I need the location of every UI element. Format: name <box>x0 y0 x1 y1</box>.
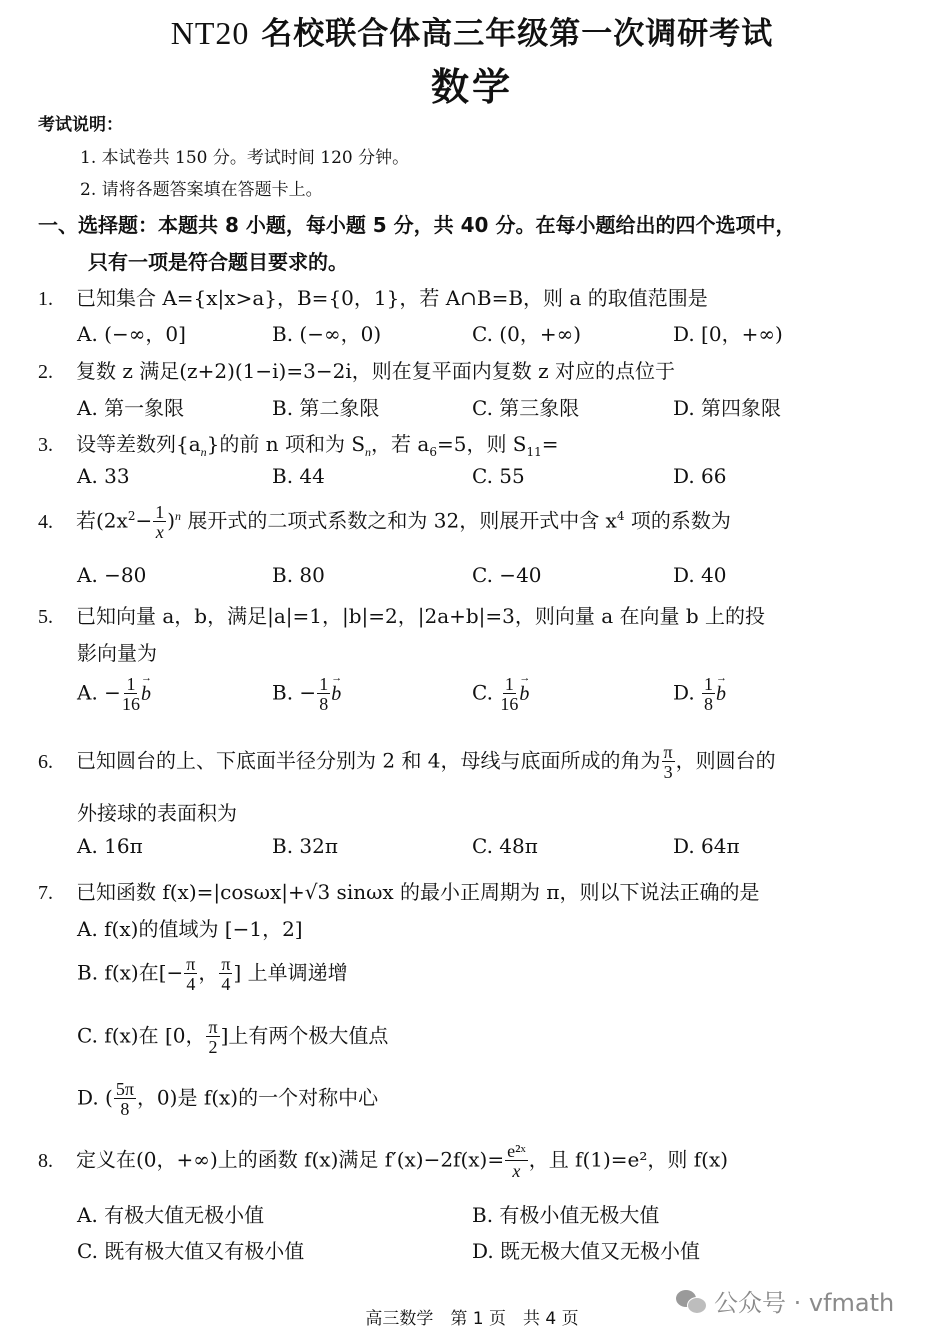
fraction: π2 <box>206 1018 219 1056</box>
option-text: B. f(x)在[− <box>77 961 183 985</box>
stem-part: ) <box>167 509 175 533</box>
question-stem-line2: 外接球的表面积为 <box>77 797 237 826</box>
exam-title-rest: 名校联合体高三年级第一次调研考试 <box>249 16 773 52</box>
note-item: 1. 本试卷共 150 分。考试时间 120 分钟。 <box>80 143 409 168</box>
option-a[interactable]: A. −116b <box>77 675 151 713</box>
question-number: 1. <box>38 288 76 311</box>
question-stem-line2: 影向量为 <box>77 637 157 666</box>
option-text: ， <box>198 961 218 985</box>
option-label: D. <box>673 681 695 705</box>
question-stem: 复数 z 满足(z+2)(1−i)=3−2i，则在复平面内复数 z 对应的点位于 <box>76 359 675 383</box>
stem-part: ，若 a <box>371 432 429 456</box>
numerator: 5π <box>114 1080 136 1099</box>
option-b[interactable]: B. 32π <box>272 834 338 858</box>
option-d[interactable]: D. [0，+∞) <box>673 318 783 347</box>
denominator: 16 <box>122 694 140 713</box>
question-number: 7. <box>38 882 76 905</box>
option-d[interactable]: D. 第四象限 <box>673 392 781 421</box>
question-stem: 已知集合 A={x|x>a}，B={0，1}，若 A∩B=B，则 a 的取值范围… <box>76 286 708 310</box>
option-d[interactable]: D. 既无极大值又无极小值 <box>472 1235 700 1264</box>
numerator: 1 <box>153 503 166 522</box>
option-label: C. <box>472 681 493 705</box>
question-6: 6.已知圆台的上、下底面半径分别为 2 和 4，母线与底面所成的角为π3，则圆台… <box>38 743 776 781</box>
question-stem: 已知函数 f(x)=|cosωx|+√3 sinωx 的最小正周期为 π，则以下… <box>76 880 760 904</box>
option-c[interactable]: C. 48π <box>472 834 538 858</box>
stem-part: 若(2x <box>76 509 128 533</box>
option-d[interactable]: D. 66 <box>673 464 727 488</box>
stem-part: 项的系数为 <box>624 509 730 533</box>
vector-b: b <box>519 683 529 706</box>
stem-part: − <box>135 509 152 533</box>
stem-part: =5，则 S <box>437 432 527 456</box>
sign: − <box>299 681 316 705</box>
question-5: 5.已知向量 a，b，满足|a|=1，|b|=2，|2a+b|=3，则向量 a … <box>38 600 765 629</box>
stem-part: 展开式的二项式系数之和为 32，则展开式中含 x <box>181 509 617 533</box>
numerator: 1 <box>503 675 516 694</box>
question-2: 2.复数 z 满足(z+2)(1−i)=3−2i，则在复平面内复数 z 对应的点… <box>38 355 675 384</box>
fraction: e²ˣx <box>505 1142 528 1180</box>
question-number: 4. <box>38 511 76 534</box>
exam-title: NT20 名校联合体高三年级第一次调研考试 <box>0 8 944 53</box>
option-a[interactable]: A. (−∞，0] <box>77 318 186 347</box>
option-text: ]上有两个极大值点 <box>221 1024 389 1048</box>
fraction: 5π8 <box>114 1080 136 1118</box>
numerator: 1 <box>317 675 330 694</box>
denominator: x <box>512 1161 520 1180</box>
option-b[interactable]: B. −18b <box>272 675 341 713</box>
option-d[interactable]: D. 18b <box>673 675 726 713</box>
option-b[interactable]: B. 有极小值无极大值 <box>472 1199 659 1228</box>
vector-b: b <box>141 683 151 706</box>
stem-part: 定义在(0，+∞)上的函数 f(x)满足 f′(x)−2f(x)= <box>76 1148 504 1172</box>
option-label: B. <box>272 681 293 705</box>
question-4: 4.若(2x2−1x)n 展开式的二项式系数之和为 32，则展开式中含 x4 项… <box>38 503 731 541</box>
fraction: 18 <box>317 675 330 713</box>
stem-part: ，则圆台的 <box>676 749 776 773</box>
question-3: 3.设等差数列{an}的前 n 项和为 Sn，若 a6=5，则 S11= <box>38 428 559 460</box>
numerator: π <box>184 955 197 974</box>
option-b[interactable]: B. 44 <box>272 464 325 488</box>
question-7: 7.已知函数 f(x)=|cosωx|+√3 sinωx 的最小正周期为 π，则… <box>38 876 760 905</box>
question-number: 3. <box>38 434 76 457</box>
subscript: 11 <box>527 445 542 459</box>
option-b[interactable]: B. 第二象限 <box>272 392 379 421</box>
question-number: 2. <box>38 361 76 384</box>
option-d[interactable]: D. 64π <box>673 834 740 858</box>
denominator: 16 <box>500 694 518 713</box>
question-number: 8. <box>38 1150 76 1173</box>
notes-heading: 考试说明： <box>38 110 123 135</box>
option-label: A. <box>77 681 98 705</box>
option-c[interactable]: C. 116b <box>472 675 529 713</box>
denominator: 8 <box>319 694 328 713</box>
numerator: 1 <box>702 675 715 694</box>
option-c[interactable]: C. f(x)在 [0，π2]上有两个极大值点 <box>77 1018 388 1056</box>
option-a[interactable]: A. 第一象限 <box>77 392 184 421</box>
option-text: D. ( <box>77 1086 113 1110</box>
denominator: 4 <box>221 974 230 993</box>
note-item: 2. 请将各题答案填在答题卡上。 <box>80 175 323 200</box>
option-c[interactable]: C. 第三象限 <box>472 392 579 421</box>
stem-part: 设等差数列{a <box>76 432 201 456</box>
denominator: 2 <box>209 1037 218 1056</box>
option-c[interactable]: C. −40 <box>472 563 542 587</box>
option-a[interactable]: A. 33 <box>77 464 130 488</box>
numerator: π <box>662 743 675 762</box>
fraction: π3 <box>662 743 675 781</box>
numerator: e²ˣ <box>505 1142 528 1161</box>
subject-title: 数学 <box>0 56 944 111</box>
denominator: 8 <box>704 694 713 713</box>
fraction: 116 <box>122 675 140 713</box>
fraction: 1x <box>153 503 166 541</box>
option-a[interactable]: A. −80 <box>77 563 146 587</box>
option-text: ，0)是 f(x)的一个对称中心 <box>137 1086 378 1110</box>
option-a[interactable]: A. 16π <box>77 834 143 858</box>
option-c[interactable]: C. 55 <box>472 464 525 488</box>
page-footer: 高三数学 第 1 页 共 4 页 <box>0 1304 944 1329</box>
stem-part: }的前 n 项和为 S <box>207 432 365 456</box>
section-heading-line2: 只有一项是符合题目要求的。 <box>88 246 348 275</box>
question-number: 5. <box>38 606 76 629</box>
question-number: 6. <box>38 751 76 774</box>
stem-part: = <box>542 432 559 456</box>
section-heading-line1: 一、选择题：本题共 8 小题，每小题 5 分，共 40 分。在每小题给出的四个选… <box>38 209 795 238</box>
numerator: π <box>219 955 232 974</box>
option-c[interactable]: C. (0，+∞) <box>472 318 581 347</box>
option-c[interactable]: C. 既有极大值又有极小值 <box>77 1235 304 1264</box>
question-stem: 已知向量 a，b，满足|a|=1，|b|=2，|2a+b|=3，则向量 a 在向… <box>76 604 765 628</box>
option-text: C. f(x)在 [0， <box>77 1024 205 1048</box>
fraction: 116 <box>500 675 518 713</box>
question-8: 8.定义在(0，+∞)上的函数 f(x)满足 f′(x)−2f(x)=e²ˣx，… <box>38 1142 728 1180</box>
stem-part: 已知圆台的上、下底面半径分别为 2 和 4，母线与底面所成的角为 <box>76 749 661 773</box>
sign: − <box>104 681 121 705</box>
option-b[interactable]: B. (−∞，0) <box>272 318 381 347</box>
question-stem: 设等差数列{an}的前 n 项和为 Sn，若 a6=5，则 S11= <box>76 432 559 456</box>
stem-part: ，且 f(1)=e²，则 f(x) <box>529 1148 728 1172</box>
fraction: π4 <box>219 955 232 993</box>
option-d[interactable]: D. (5π8，0)是 f(x)的一个对称中心 <box>77 1080 378 1118</box>
option-b[interactable]: B. f(x)在[−π4，π4] 上单调递增 <box>77 955 348 993</box>
option-d[interactable]: D. 40 <box>673 563 727 587</box>
subscript: 6 <box>429 445 437 459</box>
numerator: 1 <box>124 675 137 694</box>
question-1: 1.已知集合 A={x|x>a}，B={0，1}，若 A∩B=B，则 a 的取值… <box>38 282 708 311</box>
fraction: π4 <box>184 955 197 993</box>
denominator: 4 <box>186 974 195 993</box>
denominator: x <box>156 522 164 541</box>
denominator: 3 <box>664 762 673 781</box>
vector-b: b <box>716 683 726 706</box>
option-b[interactable]: B. 80 <box>272 563 325 587</box>
numerator: π <box>206 1018 219 1037</box>
option-a[interactable]: A. 有极大值无极小值 <box>77 1199 264 1228</box>
fraction: 18 <box>702 675 715 713</box>
option-text: ] 上单调递增 <box>233 961 347 985</box>
exam-title-prefix: NT20 <box>171 15 250 51</box>
denominator: 8 <box>120 1099 129 1118</box>
option-a[interactable]: A. f(x)的值域为 [−1，2] <box>77 913 303 942</box>
vector-b: b <box>331 683 341 706</box>
